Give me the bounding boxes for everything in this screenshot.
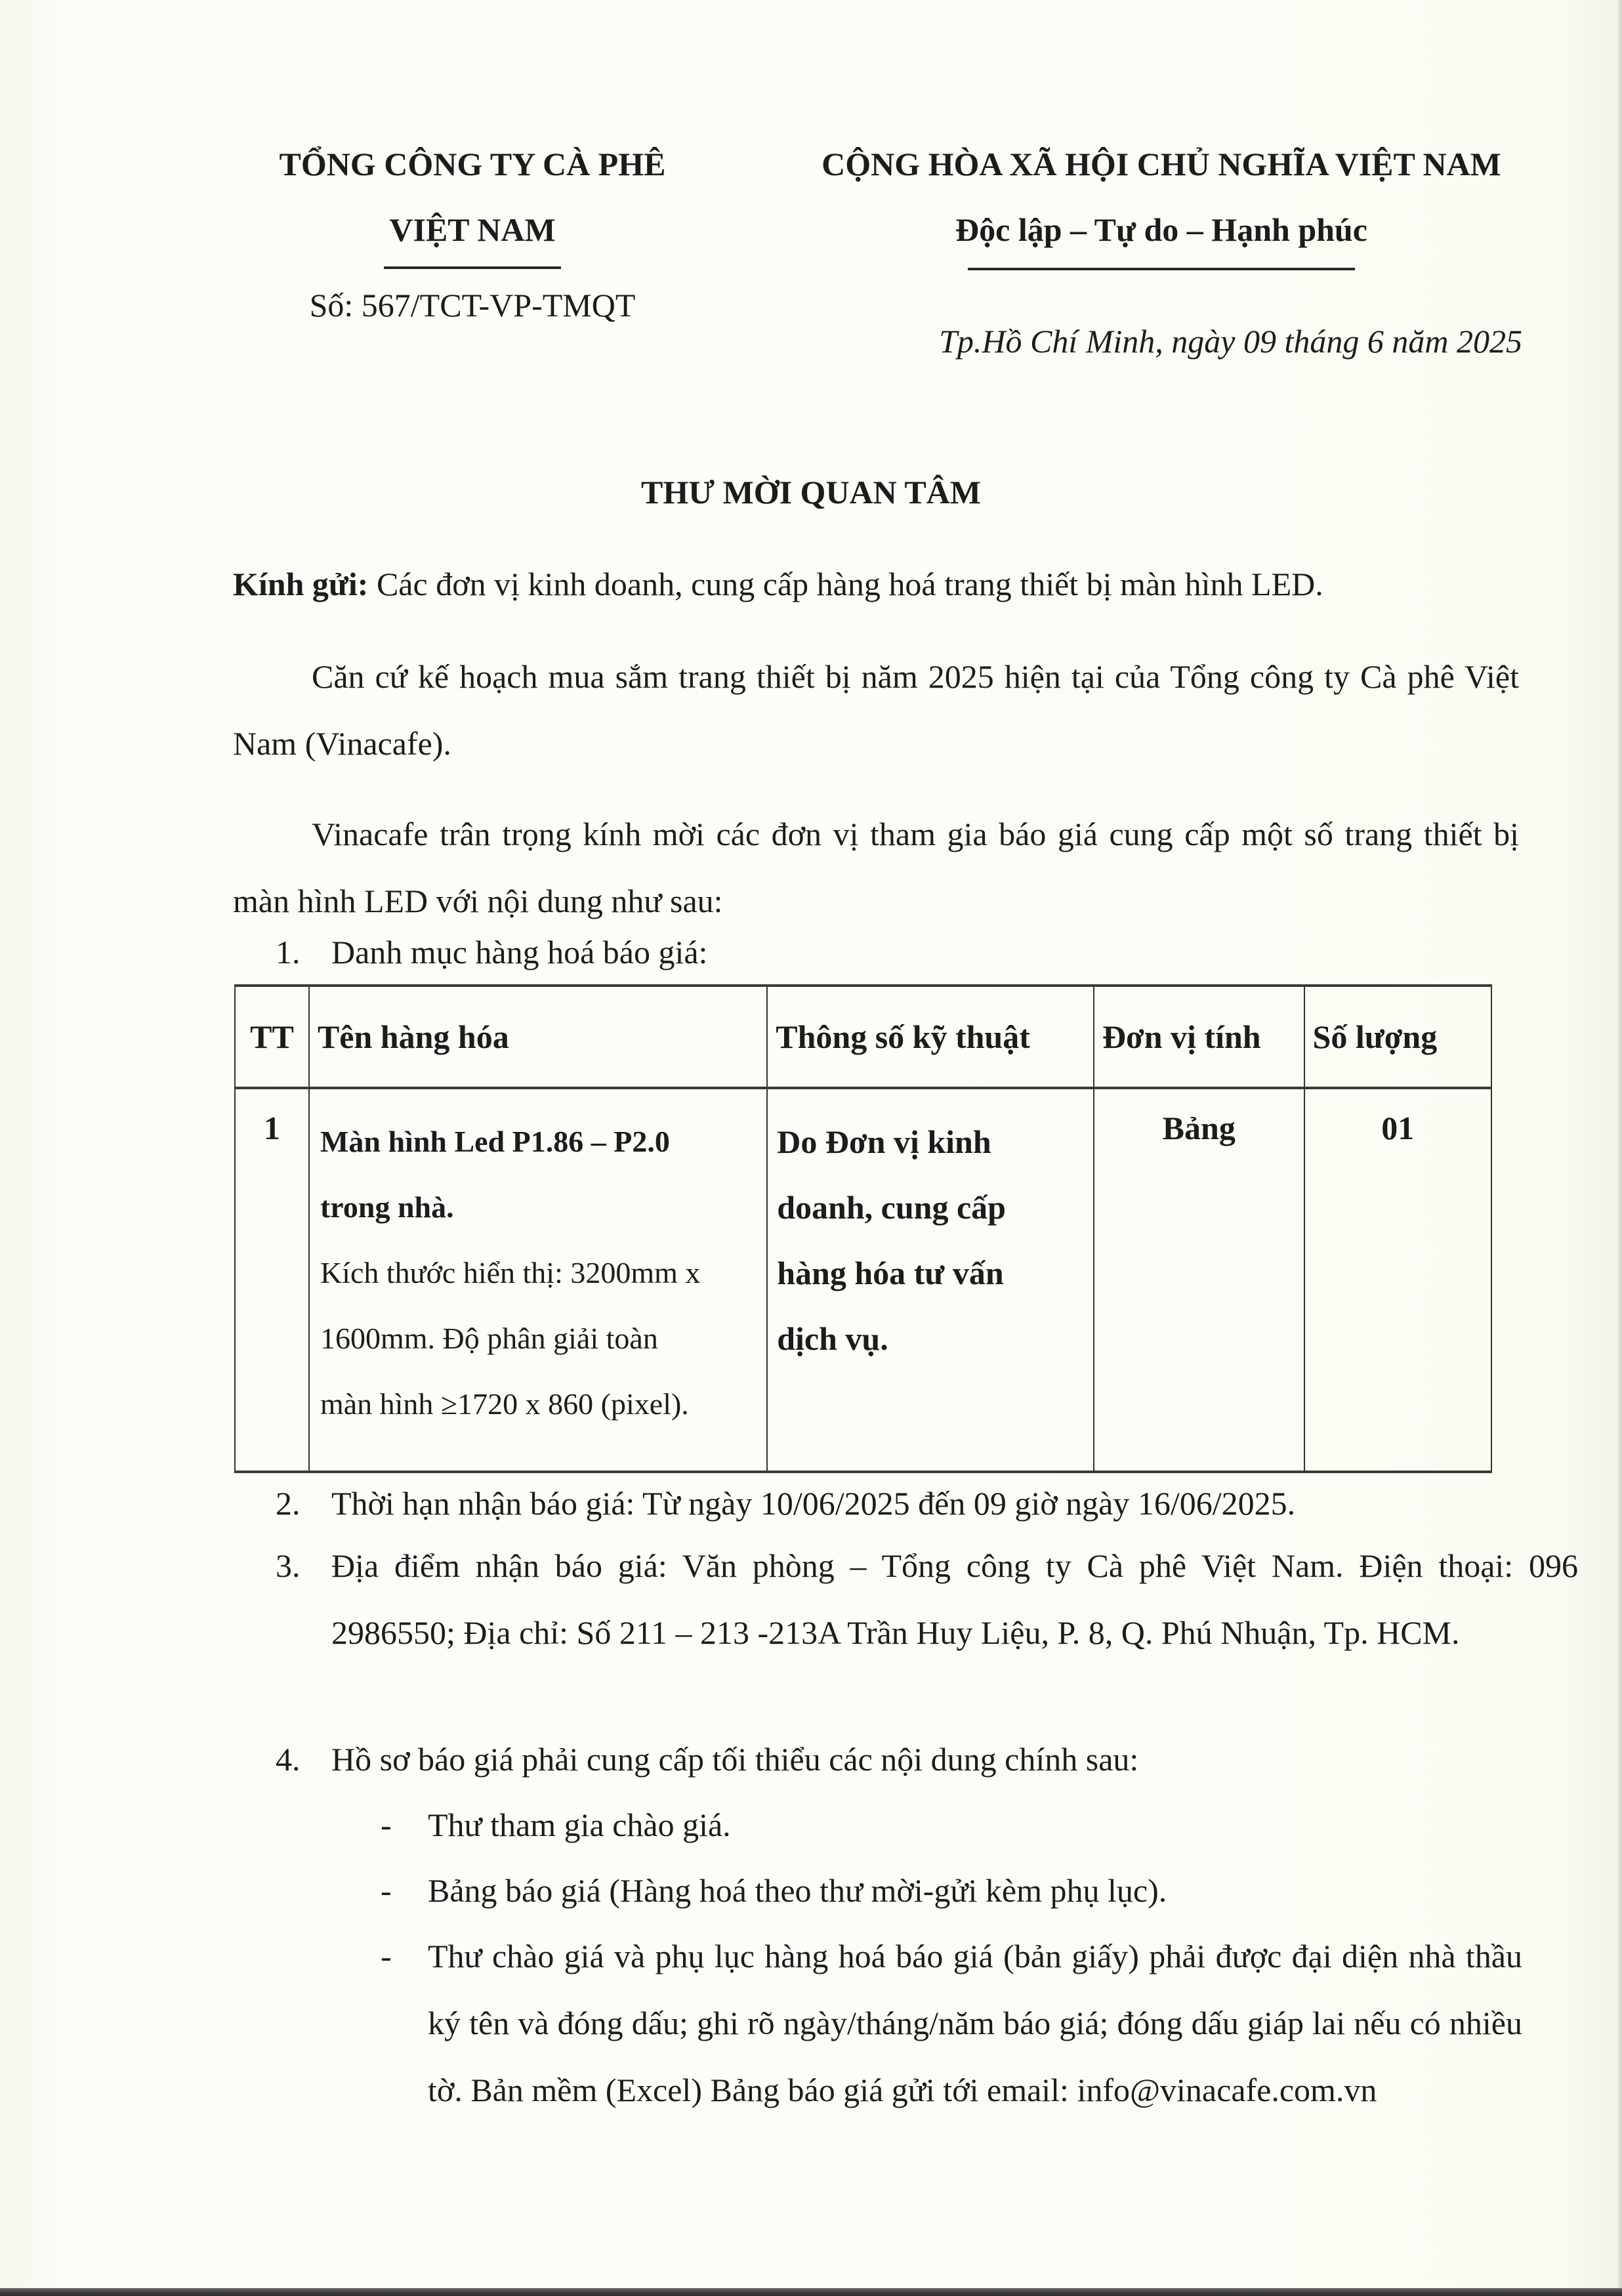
- goods-description-line: 1600mm. Độ phân giải toàn: [320, 1306, 757, 1371]
- bullet-dash: -: [381, 1923, 392, 1990]
- section-text: Địa điểm nhận báo giá: Văn phòng – Tổng …: [331, 1547, 1578, 1651]
- section-requirements: 4. Hồ sơ báo giá phải cung cấp tối thiểu…: [276, 1726, 1578, 1793]
- section-text: Thời hạn nhận báo giá: Từ ngày 10/06/202…: [331, 1485, 1295, 1522]
- specification-line: hàng hóa tư vấn: [777, 1240, 1084, 1306]
- cell-unit: Bảng: [1094, 1088, 1304, 1472]
- requirement-item: - Thư tham gia chào giá.: [381, 1791, 1522, 1858]
- place-and-date: Tp.Hồ Chí Minh, ngày 09 tháng 6 năm 2025: [774, 315, 1522, 367]
- document-number: Số: 567/TCT-VP-TMQT: [223, 269, 722, 341]
- section-location: 3. Địa điểm nhận báo giá: Văn phòng – Tổ…: [276, 1532, 1578, 1666]
- specification-line: doanh, cung cấp: [777, 1175, 1084, 1240]
- national-header-block: CỘNG HÒA XÃ HỘI CHỦ NGHĨA VIỆT NAM Độc l…: [774, 131, 1549, 270]
- section-deadline: 2. Thời hạn nhận báo giá: Từ ngày 10/06/…: [276, 1470, 1578, 1537]
- motto-underline: [968, 268, 1355, 270]
- goods-name: Màn hình Led P1.86 – P2.0 trong nhà.: [320, 1109, 757, 1240]
- section-number: 2.: [276, 1470, 301, 1537]
- requirement-text: Bảng báo giá (Hàng hoá theo thư mời-gửi …: [381, 1857, 1522, 1924]
- goods-name-line: Màn hình Led P1.86 – P2.0: [320, 1109, 757, 1175]
- paragraph-invitation: Vinacafe trân trọng kính mời các đơn vị …: [233, 801, 1519, 934]
- table-row: 1 Màn hình Led P1.86 – P2.0 trong nhà. K…: [235, 1088, 1491, 1472]
- issuing-organization-block: TỔNG CÔNG TY CÀ PHÊ VIỆT NAM Số: 567/TCT…: [223, 131, 722, 341]
- specification-line: dịch vụ.: [777, 1306, 1084, 1371]
- column-header-quantity: Số lượng: [1304, 986, 1491, 1088]
- goods-table: TT Tên hàng hóa Thông số kỹ thuật Đơn vị…: [234, 984, 1492, 1473]
- document-title: THƯ MỜI QUAN TÂM: [0, 466, 1622, 518]
- goods-description-line: màn hình ≥1720 x 860 (pixel).: [320, 1371, 757, 1437]
- requirement-item: - Bảng báo giá (Hàng hoá theo thư mời-gử…: [381, 1857, 1522, 1924]
- cell-specifications: Do Đơn vị kinh doanh, cung cấp hàng hóa …: [767, 1088, 1094, 1472]
- table-header-row: TT Tên hàng hóa Thông số kỹ thuật Đơn vị…: [235, 986, 1491, 1088]
- organization-name-line2: VIỆT NAM: [223, 197, 722, 262]
- column-header-tt: TT: [235, 986, 309, 1088]
- scan-right-edge: [1618, 0, 1622, 2290]
- specification-line: Do Đơn vị kinh: [777, 1109, 1084, 1175]
- section-number: 1.: [276, 919, 301, 986]
- section-text: Danh mục hàng hoá báo giá:: [331, 934, 707, 971]
- bullet-dash: -: [381, 1791, 392, 1858]
- requirement-text: Thư tham gia chào giá.: [381, 1791, 1522, 1858]
- goods-description: Kích thước hiển thị: 3200mm x 1600mm. Độ…: [320, 1240, 757, 1437]
- goods-name-line: trong nhà.: [320, 1175, 757, 1240]
- recipient-label: Kính gửi:: [233, 566, 368, 602]
- cell-goods-name: Màn hình Led P1.86 – P2.0 trong nhà. Kíc…: [309, 1088, 767, 1472]
- section-text: Hồ sơ báo giá phải cung cấp tối thiểu cá…: [331, 1741, 1138, 1778]
- section-goods-list: 1. Danh mục hàng hoá báo giá:: [276, 919, 1578, 986]
- bullet-dash: -: [381, 1857, 392, 1924]
- requirement-text: Thư chào giá và phụ lục hàng hoá báo giá…: [381, 1923, 1522, 2123]
- section-number: 3.: [276, 1532, 301, 1599]
- goods-description-line: Kích thước hiển thị: 3200mm x: [320, 1240, 757, 1306]
- cell-quantity: 01: [1304, 1088, 1491, 1472]
- column-header-goods-name: Tên hàng hóa: [309, 986, 767, 1088]
- recipient-text: Các đơn vị kinh doanh, cung cấp hàng hoá…: [368, 566, 1323, 602]
- scan-bottom-edge: [0, 2288, 1622, 2296]
- paragraph-basis: Căn cứ kế hoạch mua sắm trang thiết bị n…: [233, 643, 1519, 777]
- national-title: CỘNG HÒA XÃ HỘI CHỦ NGHĨA VIỆT NAM: [774, 131, 1549, 197]
- organization-name-line1: TỔNG CÔNG TY CÀ PHÊ: [223, 131, 722, 197]
- column-header-unit: Đơn vị tính: [1094, 986, 1304, 1088]
- section-number: 4.: [276, 1726, 301, 1793]
- requirement-item: - Thư chào giá và phụ lục hàng hoá báo g…: [381, 1923, 1522, 2123]
- national-motto: Độc lập – Tự do – Hạnh phúc: [774, 197, 1549, 262]
- cell-tt: 1: [235, 1088, 309, 1472]
- document-page: TỔNG CÔNG TY CÀ PHÊ VIỆT NAM Số: 567/TCT…: [0, 0, 1622, 2296]
- column-header-specifications: Thông số kỹ thuật: [767, 986, 1094, 1088]
- recipient-line: Kính gửi: Các đơn vị kinh doanh, cung cấ…: [233, 558, 1545, 610]
